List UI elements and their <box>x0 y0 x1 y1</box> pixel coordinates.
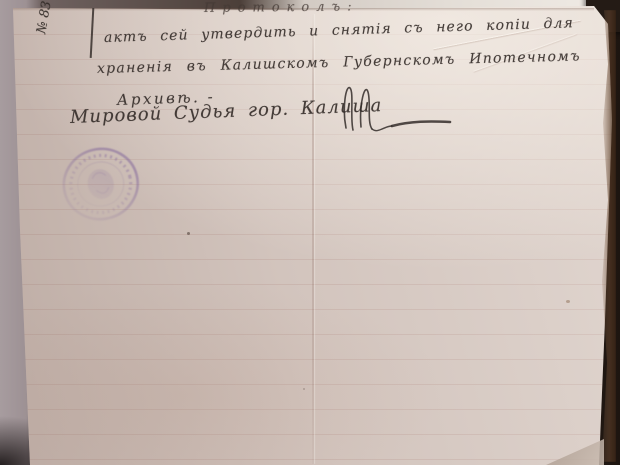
signature-flourish <box>332 76 462 140</box>
paper-stain <box>566 300 570 303</box>
ink-speck <box>303 388 305 390</box>
document-photo: Протоколъ: № 83 актъ сей утвердить и сня… <box>0 0 620 465</box>
margin-number: № 83 <box>20 0 67 43</box>
vertical-fold-crease <box>312 14 314 464</box>
ink-speck <box>187 232 190 235</box>
document-heading: Протоколъ: <box>204 0 359 16</box>
